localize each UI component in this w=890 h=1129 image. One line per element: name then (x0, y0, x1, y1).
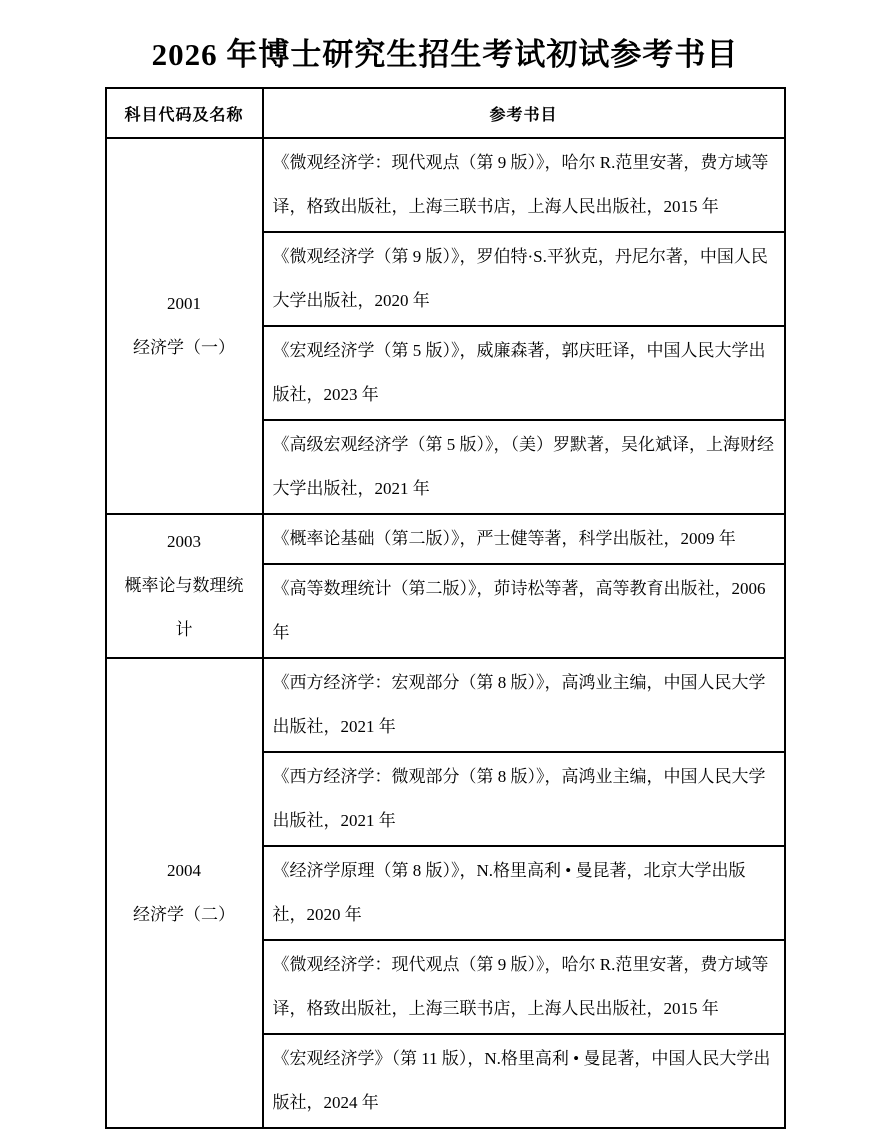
subject-cell-2003: 2003 概率论与数理统计 (106, 514, 263, 658)
book-entry: 《概率论基础（第二版）》，严士健等著，科学出版社，2009 年 (263, 514, 785, 564)
column-header-reference-books: 参考书目 (263, 88, 785, 138)
book-entry: 《西方经济学：宏观部分（第 8 版）》，高鸿业主编，中国人民大学出版社，2021… (263, 658, 785, 752)
table-row: 2001 经济学（一） 《微观经济学：现代观点（第 9 版）》，哈尔 R.范里安… (106, 138, 785, 232)
subject-name: 概率论与数理统计 (123, 564, 245, 652)
subject-name: 经济学（一） (123, 326, 245, 370)
book-entry: 《经济学原理（第 8 版）》，N.格里高利 • 曼昆著，北京大学出版社，2020… (263, 846, 785, 940)
subject-code: 2004 (113, 849, 256, 893)
reference-books-table: 科目代码及名称 参考书目 2001 经济学（一） 《微观经济学：现代观点（第 9… (105, 87, 786, 1129)
subject-code: 2001 (113, 282, 256, 326)
page-title: 2026 年博士研究生招生考试初试参考书目 (105, 36, 786, 73)
subject-name: 经济学（二） (123, 893, 245, 937)
book-entry: 《宏观经济学（第 5 版）》，威廉森著，郭庆旺译，中国人民大学出版社，2023 … (263, 326, 785, 420)
book-entry: 《西方经济学：微观部分（第 8 版）》，高鸿业主编，中国人民大学出版社，2021… (263, 752, 785, 846)
book-entry: 《微观经济学：现代观点（第 9 版）》，哈尔 R.范里安著，费方域等译，格致出版… (263, 138, 785, 232)
book-entry: 《宏观经济学》（第 11 版），N.格里高利 • 曼昆著，中国人民大学出版社，2… (263, 1034, 785, 1128)
book-entry: 《微观经济学：现代观点（第 9 版）》，哈尔 R.范里安著，费方域等译，格致出版… (263, 940, 785, 1034)
subject-cell-2001: 2001 经济学（一） (106, 138, 263, 514)
table-row: 2003 概率论与数理统计 《概率论基础（第二版）》，严士健等著，科学出版社，2… (106, 514, 785, 564)
column-header-subject-code: 科目代码及名称 (106, 88, 263, 138)
header-row: 科目代码及名称 参考书目 (106, 88, 785, 138)
book-entry: 《微观经济学（第 9 版）》，罗伯特·S.平狄克，丹尼尔著，中国人民大学出版社，… (263, 232, 785, 326)
table-row: 2004 经济学（二） 《西方经济学：宏观部分（第 8 版）》，高鸿业主编，中国… (106, 658, 785, 752)
book-entry: 《高级宏观经济学（第 5 版）》，（美）罗默著，吴化斌译，上海财经大学出版社，2… (263, 420, 785, 514)
book-entry: 《高等数理统计（第二版）》，茆诗松等著，高等教育出版社，2006 年 (263, 564, 785, 658)
subject-cell-2004: 2004 经济学（二） (106, 658, 263, 1128)
subject-code: 2003 (113, 520, 256, 564)
document-page: 2026 年博士研究生招生考试初试参考书目 科目代码及名称 参考书目 2001 … (0, 0, 890, 1102)
